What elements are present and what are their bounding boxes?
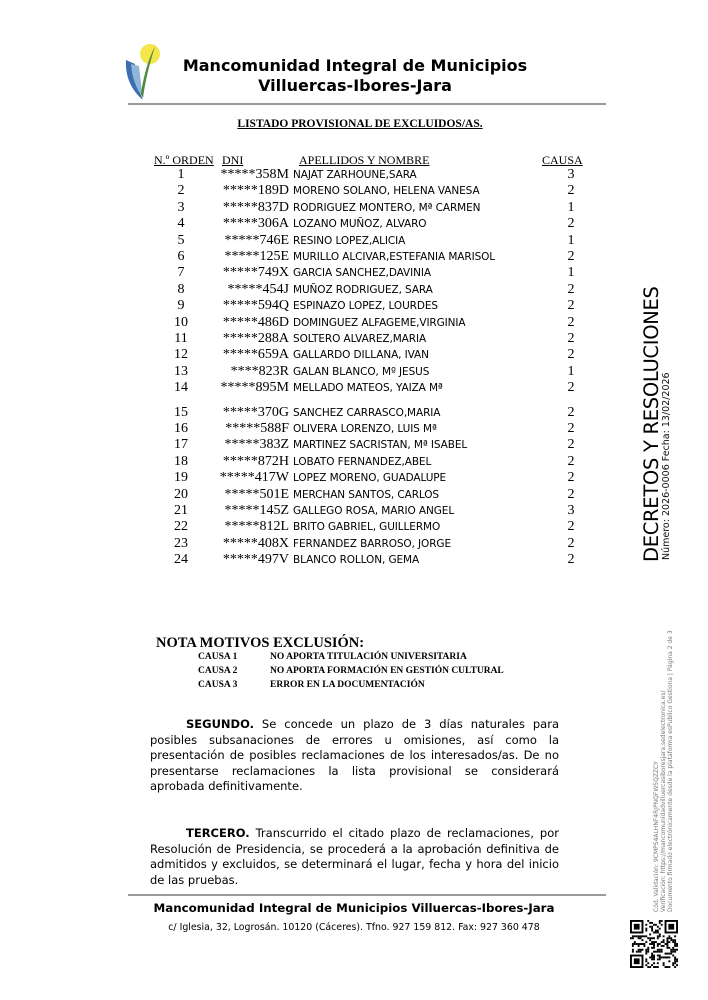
nota-desc: NO APORTA FORMACIÓN EN GESTIÓN CULTURAL — [270, 664, 504, 678]
nota-desc: ERROR EN LA DOCUMENTACIÓN — [270, 678, 425, 692]
row-orden: 24 — [150, 552, 212, 568]
header-org-title: Mancomunidad Integral de Municipios Vill… — [160, 56, 550, 96]
row-orden: 12 — [150, 347, 212, 363]
row-causa: 2 — [560, 249, 582, 265]
row-causa: 3 — [560, 167, 582, 183]
footer-address: c/ Iglesia, 32, Logrosán. 10120 (Cáceres… — [128, 922, 580, 933]
row-nombre: MORENO SOLANO, HELENA VANESA — [293, 183, 480, 199]
row-nombre: MELLADO MATEOS, YAIZA Mª — [293, 380, 443, 396]
row-nombre: RESINO LOPEZ,ALICIA — [293, 233, 405, 249]
segundo-label: SEGUNDO. — [186, 717, 254, 731]
row-dni: *****486D — [205, 315, 289, 331]
row-orden: 22 — [150, 519, 212, 535]
table-row: 19*****417WLOPEZ MORENO, GUADALUPE2 — [0, 470, 708, 486]
mancomunidad-logo-icon — [123, 38, 161, 100]
row-dni: *****497V — [205, 552, 289, 568]
listing-title: LISTADO PROVISIONAL DE EXCLUIDOS/AS. — [150, 118, 570, 130]
table-row: 8*****454JMUÑOZ RODRIGUEZ, SARA2 — [0, 282, 708, 298]
nota-code: CAUSA 2 — [198, 664, 258, 678]
col-header-causa: CAUSA — [542, 153, 583, 168]
row-nombre: GARCIA SANCHEZ,DAVINIA — [293, 265, 431, 281]
org-line-1: Mancomunidad Integral de Municipios — [160, 56, 550, 76]
row-causa: 2 — [560, 183, 582, 199]
row-orden: 8 — [150, 282, 212, 298]
row-orden: 2 — [150, 183, 212, 199]
row-causa: 2 — [560, 552, 582, 568]
row-dni: *****358M — [205, 167, 289, 183]
table-row: 17*****383ZMARTINEZ SACRISTAN, Mª ISABEL… — [0, 437, 708, 453]
row-causa: 2 — [560, 380, 582, 396]
row-nombre: OLIVERA LORENZO, LUIS Mª — [293, 421, 437, 437]
row-dni: *****383Z — [205, 437, 289, 453]
row-orden: 21 — [150, 503, 212, 519]
row-dni: *****837D — [205, 200, 289, 216]
table-row: 4*****306ALOZANO MUÑOZ, ALVARO2 — [0, 216, 708, 232]
row-dni: *****659A — [205, 347, 289, 363]
row-causa: 2 — [560, 347, 582, 363]
table-row: 7*****749X GARCIA SANCHEZ,DAVINIA1 — [0, 265, 708, 281]
col-header-dni: DNI — [222, 153, 243, 168]
row-orden: 10 — [150, 315, 212, 331]
table-row: 9*****594QESPINAZO LOPEZ, LOURDES2 — [0, 298, 708, 314]
row-causa: 2 — [560, 470, 582, 486]
row-nombre: BLANCO ROLLON, GEMA — [293, 552, 419, 568]
row-causa: 2 — [560, 421, 582, 437]
header-divider — [128, 103, 606, 105]
row-dni: *****189D — [205, 183, 289, 199]
row-nombre: GALAN BLANCO, Mº JESUS — [293, 364, 429, 380]
table-row: 24*****497VBLANCO ROLLON, GEMA2 — [0, 552, 708, 568]
table-row: 18*****872HLOBATO FERNANDEZ,ABEL2 — [0, 454, 708, 470]
table-row: 10*****486DDOMINGUEZ ALFAGEME,VIRGINIA2 — [0, 315, 708, 331]
table-row: 14*****895MMELLADO MATEOS, YAIZA Mª2 — [0, 380, 708, 396]
tercero-label: TERCERO. — [186, 826, 250, 840]
validation-code: Cód. Validación: 9CMPS4ALHNF4RJPNQFW5QZZ… — [653, 761, 660, 912]
row-dni: *****812L — [205, 519, 289, 535]
row-dni: *****895M — [205, 380, 289, 396]
col-header-nombre: APELLIDOS Y NOMBRE — [299, 153, 429, 168]
row-nombre: FERNANDEZ BARROSO, JORGE — [293, 536, 451, 552]
row-causa: 2 — [560, 282, 582, 298]
row-nombre: ESPINAZO LOPEZ, LOURDES — [293, 298, 438, 314]
table-row: 5*****746ERESINO LOPEZ,ALICIA1 — [0, 233, 708, 249]
nota-desc: NO APORTA TITULACIÓN UNIVERSITARIA — [270, 650, 467, 664]
row-causa: 3 — [560, 503, 582, 519]
row-causa: 2 — [560, 315, 582, 331]
row-orden: 9 — [150, 298, 212, 314]
row-nombre: LOBATO FERNANDEZ,ABEL — [293, 454, 431, 470]
row-orden: 7 — [150, 265, 212, 281]
row-causa: 2 — [560, 405, 582, 421]
table-row: 11*****288ASOLTERO ALVAREZ,MARIA2 — [0, 331, 708, 347]
row-dni: ****823R — [205, 364, 289, 380]
row-orden: 13 — [150, 364, 212, 380]
row-orden: 16 — [150, 421, 212, 437]
row-dni: *****370G — [205, 405, 289, 421]
row-orden: 6 — [150, 249, 212, 265]
segundo-paragraph: SEGUNDO. Se concede un plazo de 3 días n… — [150, 717, 559, 795]
row-orden: 3 — [150, 200, 212, 216]
verification-url[interactable]: Verificación: https://mancomunidadvillue… — [660, 691, 667, 913]
row-dni: *****749X — [205, 265, 289, 281]
row-causa: 2 — [560, 216, 582, 232]
row-nombre: MURILLO ALCIVAR,ESTEFANIA MARISOL — [293, 249, 495, 265]
row-nombre: SOLTERO ALVAREZ,MARIA — [293, 331, 426, 347]
row-orden: 15 — [150, 405, 212, 421]
row-dni: *****145Z — [205, 503, 289, 519]
nota-code: CAUSA 3 — [198, 678, 258, 692]
row-nombre: BRITO GABRIEL, GUILLERMO — [293, 519, 440, 535]
row-nombre: LOZANO MUÑOZ, ALVARO — [293, 216, 426, 232]
row-causa: 1 — [560, 364, 582, 380]
row-causa: 2 — [560, 454, 582, 470]
table-row: 3*****837D RODRIGUEZ MONTERO, Mª CARMEN1 — [0, 200, 708, 216]
table-row: 2*****189DMORENO SOLANO, HELENA VANESA2 — [0, 183, 708, 199]
table-row: 21*****145ZGALLEGO ROSA, MARIO ANGEL3 — [0, 503, 708, 519]
row-orden: 11 — [150, 331, 212, 347]
row-causa: 2 — [560, 487, 582, 503]
org-line-2: Villuercas-Ibores-Jara — [160, 76, 550, 96]
row-nombre: MUÑOZ RODRIGUEZ, SARA — [293, 282, 433, 298]
row-orden: 23 — [150, 536, 212, 552]
row-nombre: MERCHAN SANTOS, CARLOS — [293, 487, 439, 503]
row-causa: 2 — [560, 298, 582, 314]
row-dni: *****417W — [205, 470, 289, 486]
row-nombre: GALLARDO DILLANA, IVAN — [293, 347, 429, 363]
row-dni: *****746E — [205, 233, 289, 249]
col-header-orden: N.º ORDEN — [154, 153, 214, 168]
row-causa: 2 — [560, 519, 582, 535]
decree-number-date: Número: 2026-0006 Fecha: 13/02/2026 — [661, 372, 672, 560]
footer-divider — [128, 894, 606, 896]
row-orden: 18 — [150, 454, 212, 470]
row-nombre: DOMINGUEZ ALFAGEME,VIRGINIA — [293, 315, 466, 331]
footer-org: Mancomunidad Integral de Municipios Vill… — [128, 901, 580, 915]
row-nombre: MARTINEZ SACRISTAN, Mª ISABEL — [293, 437, 467, 453]
registry-stamp: DECRETOS Y RESOLUCIONES — [640, 286, 663, 562]
table-row: 23*****408XFERNANDEZ BARROSO, JORGE2 — [0, 536, 708, 552]
row-causa: 1 — [560, 200, 582, 216]
table-row: 20*****501EMERCHAN SANTOS, CARLOS2 — [0, 487, 708, 503]
row-nombre: SANCHEZ CARRASCO,MARIA — [293, 405, 440, 421]
row-orden: 5 — [150, 233, 212, 249]
table-row: 13****823RGALAN BLANCO, Mº JESUS1 — [0, 364, 708, 380]
table-row: 15*****370GSANCHEZ CARRASCO,MARIA2 — [0, 405, 708, 421]
signature-note: Documento firmado electrónicamente desde… — [667, 630, 674, 912]
row-causa: 2 — [560, 331, 582, 347]
row-dni: *****408X — [205, 536, 289, 552]
nota-code: CAUSA 1 — [198, 650, 258, 664]
row-nombre: GALLEGO ROSA, MARIO ANGEL — [293, 503, 454, 519]
table-row: 6*****125E MURILLO ALCIVAR,ESTEFANIA MAR… — [0, 249, 708, 265]
row-nombre: RODRIGUEZ MONTERO, Mª CARMEN — [293, 200, 480, 216]
row-orden: 14 — [150, 380, 212, 396]
row-dni: *****288A — [205, 331, 289, 347]
row-dni: *****588F — [205, 421, 289, 437]
row-orden: 4 — [150, 216, 212, 232]
row-orden: 17 — [150, 437, 212, 453]
row-dni: *****454J — [205, 282, 289, 298]
tercero-paragraph: TERCERO. Transcurrido el citado plazo de… — [150, 826, 559, 888]
row-dni: *****872H — [205, 454, 289, 470]
table-row: 16*****588FOLIVERA LORENZO, LUIS Mª2 — [0, 421, 708, 437]
row-causa: 1 — [560, 265, 582, 281]
row-orden: 19 — [150, 470, 212, 486]
table-row: 22*****812LBRITO GABRIEL, GUILLERMO2 — [0, 519, 708, 535]
row-causa: 2 — [560, 437, 582, 453]
row-nombre: NAJAT ZARHOUNE,SARA — [293, 167, 417, 183]
row-dni: *****125E — [205, 249, 289, 265]
row-nombre: LOPEZ MORENO, GUADALUPE — [293, 470, 446, 486]
row-dni: *****501E — [205, 487, 289, 503]
table-row: 12*****659AGALLARDO DILLANA, IVAN2 — [0, 347, 708, 363]
table-row: 1*****358MNAJAT ZARHOUNE,SARA3 — [0, 167, 708, 183]
row-causa: 1 — [560, 233, 582, 249]
row-dni: *****306A — [205, 216, 289, 232]
qr-code-icon — [630, 920, 678, 968]
row-orden: 1 — [150, 167, 212, 183]
row-causa: 2 — [560, 536, 582, 552]
row-dni: *****594Q — [205, 298, 289, 314]
row-orden: 20 — [150, 487, 212, 503]
